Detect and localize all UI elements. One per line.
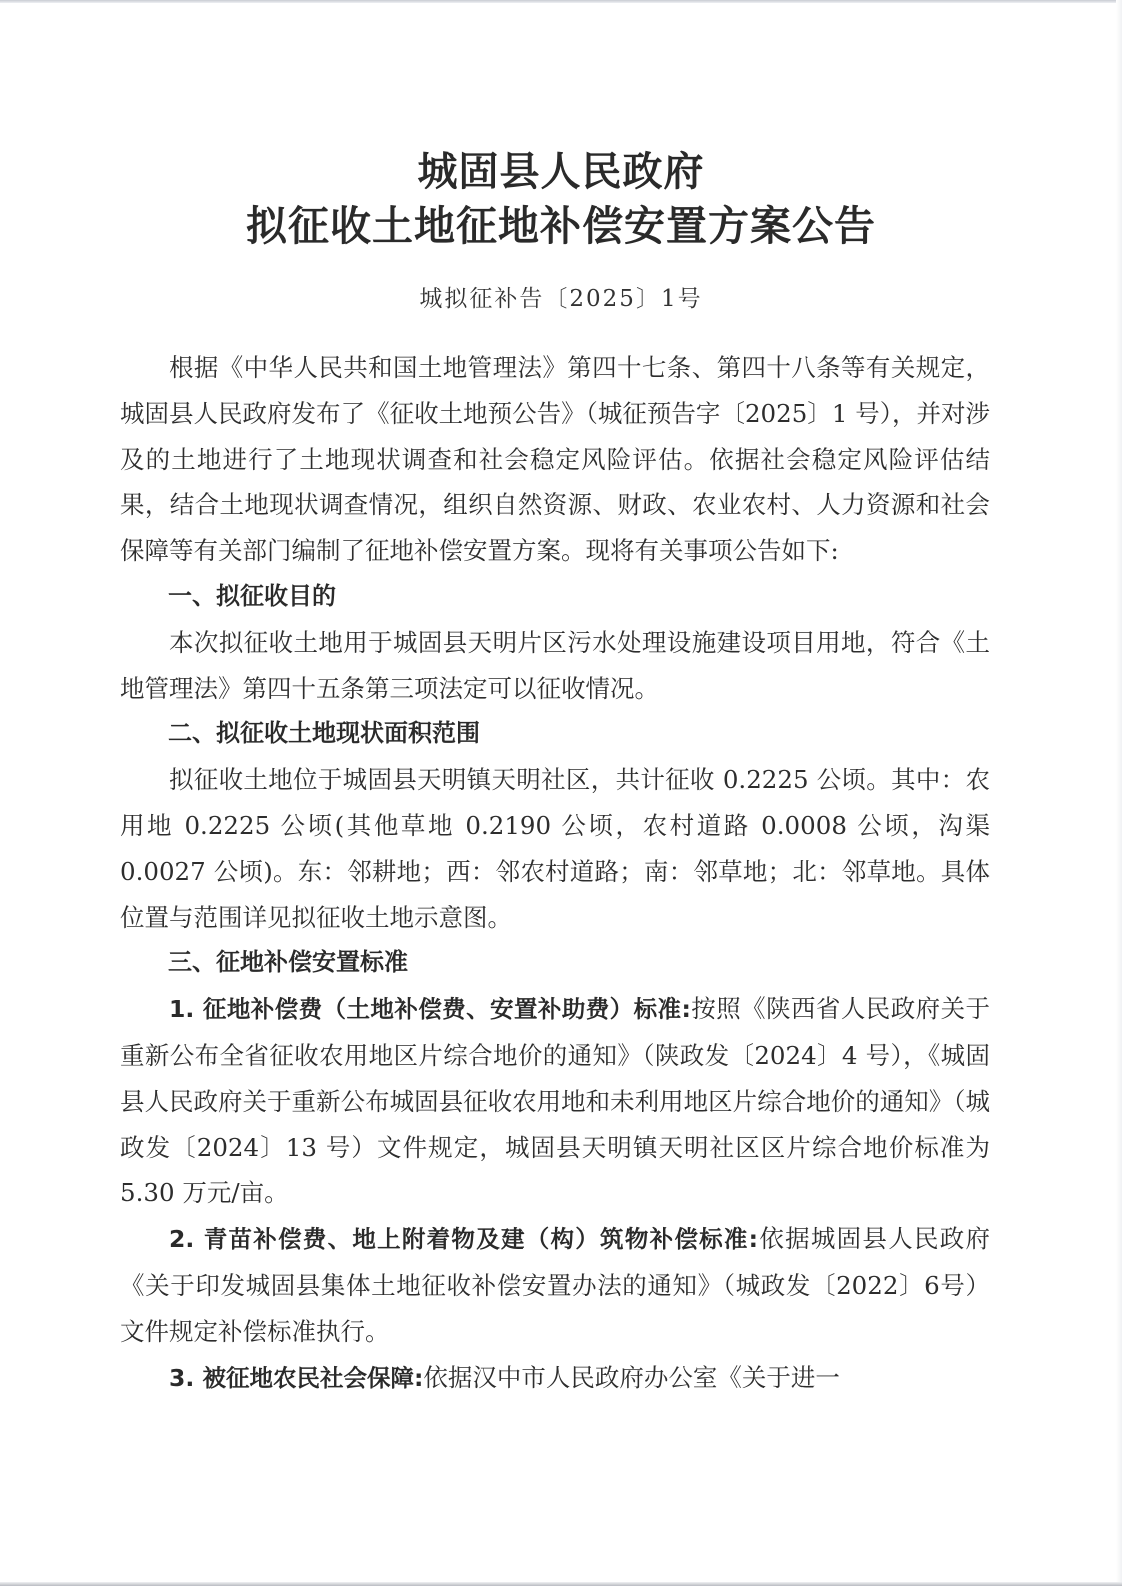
section-heading-area: 二、拟征收土地现状面积范围 bbox=[120, 711, 990, 757]
item-label: 2. 青苗补偿费、地上附着物及建（构）筑物补偿标准: bbox=[169, 1225, 758, 1253]
scan-edge-bottom bbox=[0, 1582, 1122, 1586]
title-subject: 拟征收土地征地补偿安置方案公告 bbox=[0, 193, 1122, 252]
item-label: 3. 被征地农民社会保障: bbox=[169, 1364, 423, 1392]
standard-item-social-security: 3. 被征地农民社会保障:依据汉中市人民政府办公室《关于进一 bbox=[120, 1355, 990, 1402]
scan-edge-top bbox=[0, 0, 1122, 3]
standard-item-crops-structures: 2. 青苗补偿费、地上附着物及建（构）筑物补偿标准:依据城固县人民政府《关于印发… bbox=[120, 1216, 990, 1354]
title-issuer: 城固县人民政府 bbox=[0, 140, 1122, 197]
section-text-purpose: 本次拟征收土地用于城固县天明片区污水处理设施建设项目用地，符合《土地管理法》第四… bbox=[120, 620, 990, 712]
section-heading-purpose: 一、拟征收目的 bbox=[120, 574, 990, 620]
section-heading-standards: 三、征地补偿安置标准 bbox=[120, 940, 990, 986]
section-text-area: 拟征收土地位于城固县天明镇天明社区，共计征收 0.2225 公顷。其中：农用地 … bbox=[120, 757, 990, 940]
item-text: 依据汉中市人民政府办公室《关于进一 bbox=[423, 1363, 840, 1392]
standard-item-land-compensation: 1. 征地补偿费（土地补偿费、安置补助费）标准:按照《陕西省人民政府关于重新公布… bbox=[120, 986, 990, 1216]
item-label: 1. 征地补偿费（土地补偿费、安置补助费）标准: bbox=[169, 995, 691, 1023]
intro-paragraph: 根据《中华人民共和国土地管理法》第四十七条、第四十八条等有关规定，城固县人民政府… bbox=[120, 345, 990, 574]
item-text: 按照《陕西省人民政府关于重新公布全省征收农用地区片综合地价的通知》（陕政发〔20… bbox=[120, 994, 990, 1207]
document-number: 城拟征补告〔2025〕1号 bbox=[0, 280, 1122, 313]
document-body: 根据《中华人民共和国土地管理法》第四十七条、第四十八条等有关规定，城固县人民政府… bbox=[120, 345, 990, 1401]
